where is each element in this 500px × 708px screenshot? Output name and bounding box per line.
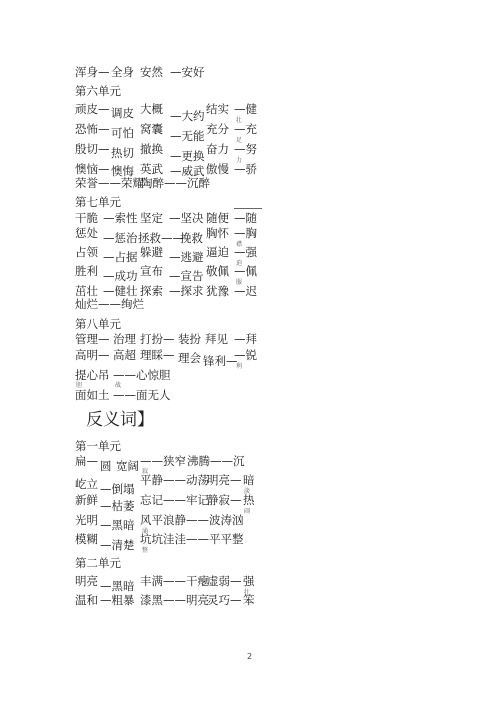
word: 管理—	[75, 333, 110, 346]
word: 顽皮—	[75, 103, 110, 116]
word: —宣告	[169, 270, 204, 283]
word: 打扮—	[140, 333, 175, 346]
word: 结实	[206, 103, 229, 116]
word: —大约	[170, 110, 205, 123]
word: 坚定	[140, 212, 163, 225]
antonyms-unit-2-title: 第二单元	[75, 557, 121, 570]
word: 躲避	[140, 246, 163, 259]
word: —努	[234, 143, 257, 156]
word: 新鲜	[75, 494, 98, 507]
word: 明亮—	[207, 474, 242, 487]
word: ——心惊胆	[113, 369, 171, 382]
unit-6-last-2: 陶醉——沉醉	[141, 177, 210, 190]
antonyms-unit-1-title: 第一单元	[75, 440, 121, 453]
word: 明亮	[75, 575, 98, 588]
word: —迟	[234, 285, 257, 298]
word: —佩	[234, 265, 257, 278]
word: —无能	[170, 130, 205, 143]
unit-7-title: 第七单元	[75, 196, 121, 209]
word: 高超	[113, 349, 136, 362]
unit-6-last-1: 荣誉——荣耀	[75, 177, 144, 190]
word: 可怕	[111, 127, 134, 140]
word: 热切	[111, 147, 134, 160]
word: —黑暗	[100, 519, 135, 532]
word: 笨	[243, 594, 255, 607]
word: 扁—	[75, 455, 98, 468]
word: —充	[234, 123, 257, 136]
word: —索性	[103, 212, 138, 225]
overflow-fragment: 闹	[244, 509, 250, 515]
word: 傲慢	[206, 163, 229, 176]
word: 殷切—	[75, 143, 110, 156]
word-quanshen: 全身	[111, 66, 134, 79]
word: 面如土	[75, 389, 110, 402]
word: 风平浪静——波涛汹	[140, 514, 244, 527]
antonyms-heading: 反义词】	[86, 410, 154, 430]
word: 窝囊	[140, 123, 163, 136]
word: 圆	[100, 460, 112, 473]
word: 热	[243, 494, 255, 507]
word: 坑坑洼洼——平平整	[140, 533, 244, 546]
word: 胸怀	[206, 227, 229, 240]
word: —骄	[234, 163, 257, 176]
word: —强	[234, 246, 257, 259]
word: —成功	[103, 270, 138, 283]
overflow-fragment: 整	[142, 548, 148, 554]
word: 犹豫	[206, 285, 229, 298]
word: —锐	[234, 349, 257, 362]
word-anran: 安然	[140, 66, 163, 79]
word: 充分	[206, 123, 229, 136]
word: 屹立	[75, 478, 98, 491]
word: 高明—	[75, 349, 110, 362]
word: 宣布	[140, 265, 163, 278]
word: —惩治	[103, 232, 138, 245]
word: 强	[243, 575, 255, 588]
word: 装扮	[178, 333, 201, 346]
overflow-fragment: 利	[236, 364, 242, 370]
word: —拜	[234, 333, 257, 346]
word: 忘记——牢记	[140, 494, 209, 507]
word: —粗暴	[100, 594, 135, 607]
word: 漆黑——明亮	[140, 594, 209, 607]
word: 宽阔	[116, 460, 139, 473]
word: —占据	[103, 251, 138, 264]
word: 占领	[75, 246, 98, 259]
word: 恐怖—	[75, 123, 110, 136]
word: 奋力	[206, 143, 229, 156]
word: 撤换	[140, 143, 163, 156]
word: 理会	[178, 352, 201, 365]
word: ——狭窄	[140, 455, 186, 468]
page-number: 2	[247, 652, 252, 661]
word: 懊恼—	[75, 163, 110, 176]
word: —胸	[234, 227, 257, 240]
word: 挽救	[180, 232, 203, 245]
word: 锋利—	[203, 355, 238, 368]
word: 拜见	[205, 333, 228, 346]
word: 逼迫	[206, 246, 229, 259]
word: —健	[234, 103, 257, 116]
word: 敬佩	[206, 265, 229, 278]
word: —坚决	[169, 212, 204, 225]
word: 灵巧—	[207, 594, 242, 607]
word: 胜利	[75, 265, 98, 278]
word: 虚弱—	[207, 575, 242, 588]
word: —随	[234, 212, 257, 225]
divider	[234, 208, 262, 209]
word: —清楚	[100, 539, 135, 552]
word: 干脆	[75, 212, 98, 225]
word: —探求	[169, 285, 204, 298]
word: 随便	[206, 212, 229, 225]
word: —更换	[170, 150, 205, 163]
word: 治理	[113, 333, 136, 346]
word: 理睬—	[140, 349, 175, 362]
word: 光明	[75, 514, 98, 527]
word-hunshen: 浑身—	[75, 66, 110, 79]
word: 平静——动荡	[140, 474, 209, 487]
word: 温和	[75, 594, 98, 607]
word: 英武	[140, 163, 163, 176]
word: —逃避	[169, 251, 204, 264]
word: 沸腾——沉	[187, 455, 245, 468]
word: 模糊	[75, 533, 98, 546]
word: —倒塌	[100, 483, 135, 496]
word: ——面无人	[113, 389, 171, 402]
word-anhao: —安好	[170, 66, 205, 79]
word: 调皮	[111, 107, 134, 120]
unit-7-last: 灿烂——绚烂	[75, 298, 144, 311]
word: 大概	[140, 103, 163, 116]
unit-8-title: 第八单元	[75, 318, 121, 331]
unit-6-title: 第六单元	[75, 85, 121, 98]
word: —黑暗	[100, 580, 135, 593]
word: 惩处	[75, 227, 98, 240]
word: 暗	[243, 474, 255, 487]
word: —枯萎	[100, 500, 135, 513]
word: 丰满——干瘪	[140, 575, 209, 588]
word: 静寂—	[207, 494, 242, 507]
word: 拯救——	[138, 232, 184, 245]
word: 提心吊	[75, 369, 110, 382]
